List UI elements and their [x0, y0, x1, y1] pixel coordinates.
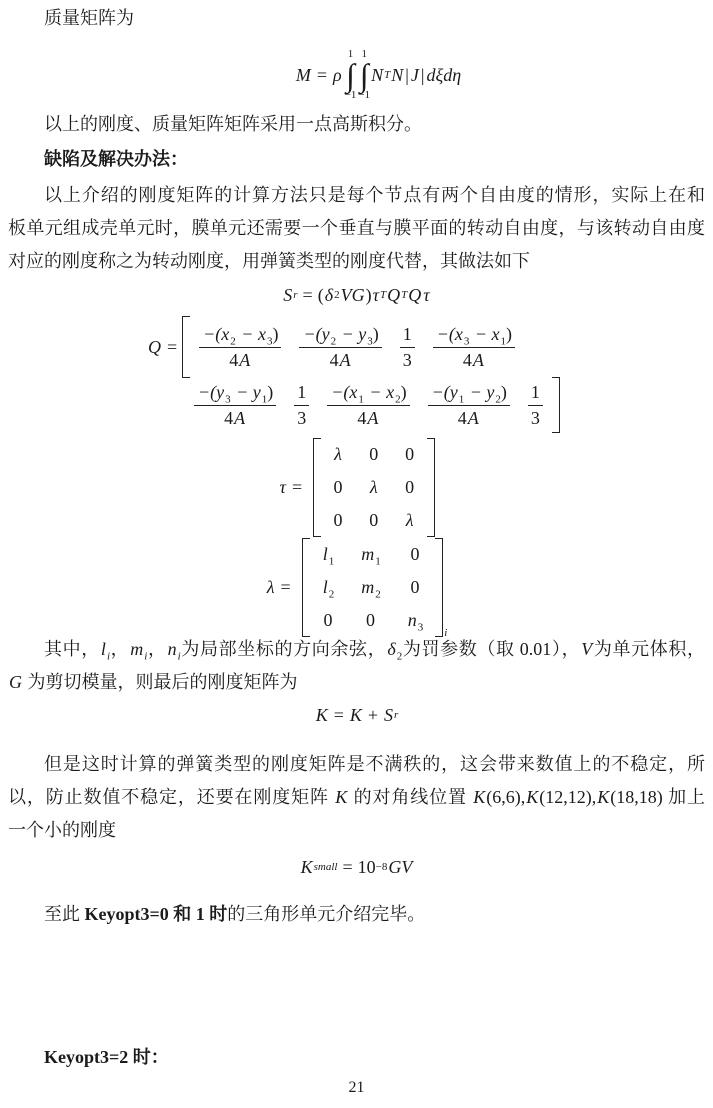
integral-glyph: ∫ — [346, 60, 355, 90]
document-page: 质量矩阵为 M = ρ 1 ∫ −1 1 ∫ −1 NT N |J| dξdη … — [0, 0, 713, 1108]
math-token: S — [384, 705, 393, 726]
math-token: | — [404, 65, 410, 86]
fraction-numerator: −(x3 − x1) — [433, 323, 515, 348]
math-token: ) — [373, 324, 379, 344]
math-token: A — [473, 350, 484, 370]
paragraph-line: 一个小的刚度 — [8, 814, 705, 847]
math-token: VG — [341, 285, 365, 306]
math-subscript: 1 — [459, 394, 465, 406]
text-run: 为单元体积， — [593, 639, 705, 659]
math-token: m — [361, 544, 374, 564]
math-token: −(y — [198, 382, 224, 402]
fraction-one-third: 1 3 — [528, 381, 543, 429]
math-subscript: 3 — [464, 336, 470, 348]
formula-spring-stiffness: Sr = (δ2VG) τT QT Qτ — [0, 276, 713, 314]
math-token: ) — [272, 324, 278, 344]
math-token: − x — [237, 324, 266, 344]
text-run: 的对角线位置 — [348, 787, 472, 807]
paragraph-line: G 为剪切模量，则最后的刚度矩阵为 — [8, 666, 705, 699]
math-token: A — [367, 408, 378, 428]
math-token: 4 — [357, 408, 366, 428]
math-token: K — [335, 787, 347, 807]
paragraph-conclusion: 至此 Keyopt3=0 和 1 时的三角形单元介绍完毕。 — [8, 898, 705, 931]
math-token: τ — [373, 285, 379, 306]
math-token: A — [234, 408, 245, 428]
right-bracket — [435, 538, 443, 637]
fraction-numerator: 1 — [400, 323, 415, 348]
fraction-denominator: 4A — [357, 406, 379, 430]
matrix-cell: 0 — [334, 477, 343, 498]
math-token: n — [408, 610, 417, 630]
math-token: = — [292, 477, 302, 498]
math-token: τ — [280, 477, 286, 498]
math-token: K — [597, 787, 609, 807]
matrix-body: λ 0 0 0 λ 0 0 0 λ — [313, 438, 434, 537]
math-token: K — [526, 787, 538, 807]
fraction-numerator: −(y2 − y3) — [299, 323, 381, 348]
fraction-numerator: −(x1 − x2) — [327, 381, 409, 406]
text-run: ， — [147, 639, 166, 659]
math-subscript: 2 — [329, 588, 335, 600]
math-subscript: 2 — [375, 588, 381, 600]
matrix-tau: τ = λ 0 0 0 λ 0 0 0 λ — [0, 441, 713, 533]
math-token: −(y — [303, 324, 329, 344]
paragraph-line: 其中，li，mi，ni为局部坐标的方向余弦，δ2为罚参数（取 0.01），V为单… — [8, 633, 705, 666]
matrix-cell: m1 — [360, 544, 381, 565]
math-token: ( — [318, 285, 324, 306]
math-token: 10 — [358, 857, 376, 878]
math-token: = — [334, 705, 344, 726]
math-token: − x — [470, 324, 499, 344]
text-run: 为局部坐标的方向余弦， — [181, 639, 387, 659]
matrix-cell: λ — [406, 510, 414, 531]
math-token: = — [303, 285, 313, 306]
fraction-numerator: −(y1 − y2) — [428, 381, 510, 406]
fraction-denominator: 3 — [403, 348, 412, 372]
right-bracket — [427, 438, 435, 537]
math-token: GV — [388, 857, 412, 878]
fraction-one-third: 1 3 — [294, 381, 309, 429]
math-token: ) — [506, 324, 512, 344]
math-token: A — [340, 350, 351, 370]
math-token: = — [342, 857, 352, 878]
matrix-q-row-1: Q = −(x2 − x3) 4A −(y2 − y3) 4A 1 3 −(x3… — [0, 316, 713, 378]
matrix-cell: 0 — [405, 444, 414, 465]
math-token: 4 — [330, 350, 339, 370]
matrix-cell: 0 — [366, 610, 375, 631]
math-token: K — [350, 705, 362, 726]
integral-sign: 1 ∫ −1 — [358, 49, 370, 101]
fraction-numerator: −(x2 − x3) — [199, 323, 281, 348]
matrix-cell: 0 — [405, 477, 414, 498]
fraction-numerator: −(y3 − y1) — [194, 381, 276, 406]
paragraph-line: 对应的刚度称之为转动刚度，用弹簧类型的刚度代替，其做法如下 — [8, 245, 705, 278]
math-token: δ — [387, 639, 395, 659]
math-token: A — [239, 350, 250, 370]
math-token: δ — [325, 285, 333, 306]
math-token: l — [101, 639, 106, 659]
math-token: m — [130, 639, 143, 659]
left-bracket — [182, 316, 190, 378]
math-token: 4 — [458, 408, 467, 428]
math-token: = — [281, 577, 291, 598]
math-token: l — [323, 577, 328, 597]
fraction-numerator: 1 — [528, 381, 543, 406]
matrix-cell: m2 — [360, 577, 381, 598]
paragraph-line: 以上介绍的刚度矩阵的计算方法只是每个节点有两个自由度的情形，实际上在和 — [8, 179, 705, 212]
math-token: m — [361, 577, 374, 597]
matrix-cells: λ 0 0 0 λ 0 0 0 λ — [321, 438, 426, 537]
integral-lower-limit: −1 — [358, 90, 370, 101]
left-bracket — [313, 438, 321, 537]
math-token: ) — [401, 382, 407, 402]
fraction-denominator: 4A — [224, 406, 246, 430]
matrix-cell: l2 — [322, 577, 335, 598]
math-token: n — [168, 639, 177, 659]
math-token: + — [368, 705, 378, 726]
integral-lower-limit: −1 — [345, 90, 357, 101]
left-bracket — [302, 538, 310, 637]
math-token: (6,6), — [486, 787, 525, 807]
paragraph-line: 以，防止数值不稳定，还要在刚度矩阵 K 的对角线位置 K(6,6),K(12,1… — [8, 781, 705, 814]
math-subscript: 3 — [418, 621, 424, 633]
math-token: Q — [408, 285, 421, 306]
matrix-cell: 0 — [369, 444, 378, 465]
text-run: 为罚参数（取 0.01）， — [402, 639, 580, 659]
fraction-one-third: 1 3 — [400, 323, 415, 371]
matrix-cell: 0 — [334, 510, 343, 531]
matrix-cell: λ — [334, 444, 342, 465]
math-token: 4 — [463, 350, 472, 370]
math-token: J — [411, 65, 419, 86]
fraction-denominator: 4A — [458, 406, 480, 430]
matrix-lambda: λ = l1 m1 0 l2 m2 0 0 0 n3 i — [0, 541, 713, 633]
math-token: Q — [148, 337, 161, 358]
math-token: N — [371, 65, 383, 86]
text-run: 至此 — [44, 904, 85, 924]
math-token: K — [301, 857, 313, 878]
math-token: Q — [387, 285, 400, 306]
formula-final-stiffness: K = K + Sr — [0, 698, 713, 732]
math-token: G — [9, 672, 22, 692]
math-token: ρ — [333, 65, 342, 86]
math-token: 4 — [229, 350, 238, 370]
text-run: 以，防止数值不稳定，还要在刚度矩阵 — [8, 787, 334, 807]
text-run: 为剪切模量，则最后的刚度矩阵为 — [23, 672, 298, 692]
math-token: A — [468, 408, 479, 428]
right-bracket — [552, 377, 560, 433]
math-token: K — [316, 705, 328, 726]
integral-sign: 1 ∫ −1 — [345, 49, 357, 101]
math-token: −(x — [203, 324, 229, 344]
math-token: 4 — [224, 408, 233, 428]
matrix-cell: λ — [370, 477, 378, 498]
math-token: − y — [337, 324, 366, 344]
math-token: = — [167, 337, 177, 358]
matrix-cell: l1 — [322, 544, 335, 565]
math-token: (18,18) — [610, 787, 663, 807]
matrix-cells: l1 m1 0 l2 m2 0 0 0 n3 — [310, 538, 436, 637]
formula-mass-matrix: M = ρ 1 ∫ −1 1 ∫ −1 NT N |J| dξdη — [0, 40, 713, 110]
math-token: −(y — [432, 382, 458, 402]
fraction-denominator: 4A — [229, 348, 251, 372]
math-token: ) — [366, 285, 372, 306]
math-token: l — [323, 544, 328, 564]
math-token: ) — [501, 382, 507, 402]
math-token: N — [391, 65, 403, 86]
fraction-denominator: 3 — [297, 406, 306, 430]
math-token: λ — [267, 577, 275, 598]
integral-glyph: ∫ — [360, 60, 369, 90]
math-token: V — [581, 639, 592, 659]
heading-keyopt3-2: Keyopt3=2 时： — [8, 1041, 705, 1074]
math-token: dξdη — [426, 65, 461, 86]
matrix-q-row-2: −(y3 − y1) 4A 1 3 −(x1 − x2) 4A −(y1 − y… — [0, 377, 713, 433]
math-token: − y — [465, 382, 494, 402]
fraction-denominator: 3 — [531, 406, 540, 430]
text-run: 其中， — [44, 639, 100, 659]
matrix-cell: 0 — [410, 544, 419, 565]
fraction: −(x3 − x1) 4A — [433, 323, 515, 371]
math-token: = — [317, 65, 327, 86]
fraction: −(y3 − y1) 4A — [194, 381, 276, 429]
math-subscript: 1 — [375, 555, 381, 567]
text-run: 加上 — [663, 787, 705, 807]
matrix-body: l1 m1 0 l2 m2 0 0 0 n3 i — [302, 538, 448, 637]
text-run: ， — [110, 639, 129, 659]
fraction-denominator: 4A — [463, 348, 485, 372]
heading-defects: 缺陷及解决办法： — [8, 143, 705, 176]
fraction: −(y2 − y3) 4A — [299, 323, 381, 371]
matrix-cell: 0 — [323, 610, 332, 631]
fraction-denominator: 4A — [330, 348, 352, 372]
paragraph-gauss: 以上的刚度、质量矩阵矩阵采用一点高斯积分。 — [8, 108, 705, 141]
math-token: − y — [232, 382, 261, 402]
math-token: −(x — [331, 382, 357, 402]
math-token: | — [420, 65, 426, 86]
math-token: S — [283, 285, 292, 306]
paragraph-mass-intro: 质量矩阵为 — [8, 2, 705, 35]
math-token: ) — [267, 382, 273, 402]
paragraph-line: 但是这时计算的弹簧类型的刚度矩阵是不满秩的，这会带来数值上的不稳定，所 — [8, 748, 705, 781]
text-run-bold: Keyopt3=0 和 1 时 — [85, 904, 228, 924]
math-subscript: 2 — [230, 336, 236, 348]
math-token: −(x — [437, 324, 463, 344]
math-subscript: 1 — [329, 555, 335, 567]
fraction: −(y1 − y2) 4A — [428, 381, 510, 429]
matrix-cell: n3 — [407, 610, 424, 631]
math-token: τ — [423, 285, 429, 306]
matrix-cell: 0 — [369, 510, 378, 531]
text-run: 的三角形单元介绍完毕。 — [227, 904, 425, 924]
matrix-cell: 0 — [410, 577, 419, 598]
math-subscript: 3 — [225, 394, 231, 406]
math-token: M — [296, 65, 311, 86]
math-token: K — [473, 787, 485, 807]
math-token: (12,12), — [539, 787, 596, 807]
page-number: 21 — [0, 1078, 713, 1098]
math-subscript: 1 — [358, 394, 364, 406]
math-token: − x — [365, 382, 394, 402]
paragraph-line: 板单元组成壳单元时，膜单元还需要一个垂直与膜平面的转动自由度，与该转动自由度 — [8, 212, 705, 245]
fraction: −(x1 − x2) 4A — [327, 381, 409, 429]
math-subscript: 2 — [331, 336, 337, 348]
formula-k-small: Ksmall = 10−8 GV — [0, 850, 713, 884]
fraction: −(x2 − x3) 4A — [199, 323, 281, 371]
fraction-numerator: 1 — [294, 381, 309, 406]
